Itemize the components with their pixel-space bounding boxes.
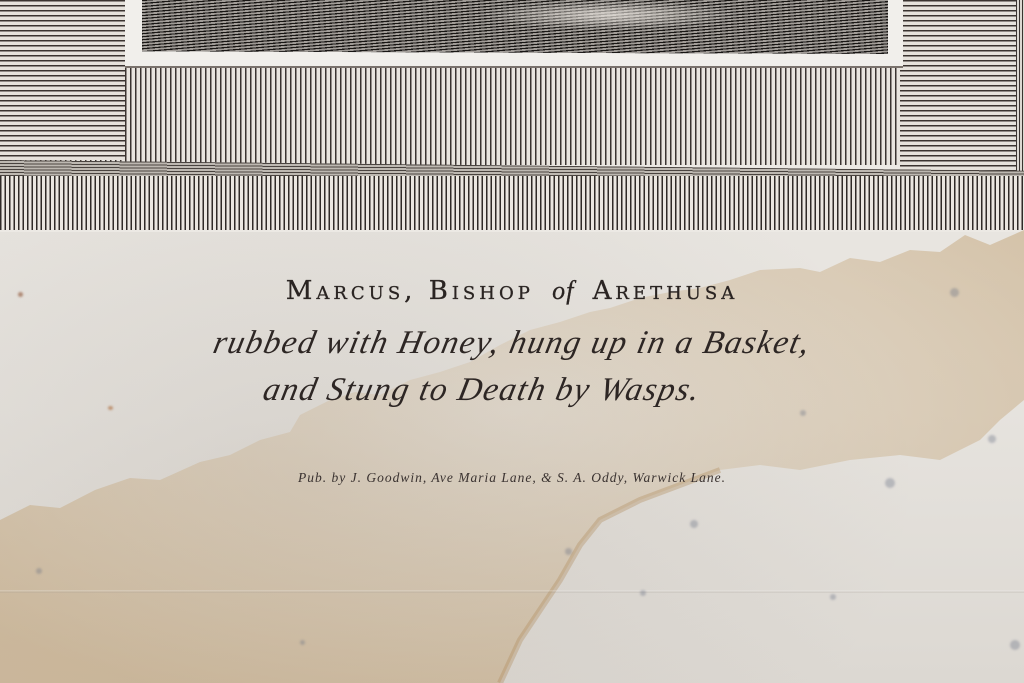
title-place: Arethusa <box>593 276 739 306</box>
foxing-spot <box>830 594 836 600</box>
title-name: Marcus, Bishop <box>286 276 534 306</box>
foxing-spot <box>885 478 895 488</box>
print-title: Marcus, Bishop of Arethusa <box>0 276 1024 306</box>
caption-line-1: rubbed with Honey, hung up in a Basket, <box>0 325 1024 362</box>
foxing-spot <box>988 435 996 443</box>
foxing-spot <box>36 568 42 574</box>
foxing-spot <box>108 406 113 410</box>
foxing-spot <box>640 590 646 596</box>
paper-fold <box>0 590 1024 593</box>
frame-right-edge <box>1016 0 1024 180</box>
frame-vertical-hatching <box>0 55 1024 165</box>
frame-left-corner-pattern <box>0 0 125 160</box>
foxing-spot <box>565 548 572 555</box>
foxing-spot <box>800 410 806 416</box>
frame-lower-hatching <box>0 176 1024 230</box>
engraving-highlight <box>480 0 740 30</box>
frame-right-corner-pattern <box>900 0 1016 175</box>
foxing-spot <box>950 288 959 297</box>
publisher-imprint: Pub. by J. Goodwin, Ave Maria Lane, & S.… <box>0 470 1024 486</box>
title-of: of <box>552 276 574 305</box>
engraved-frame <box>0 0 1024 232</box>
caption-line-2: and Stung to Death by Wasps. <box>0 372 998 409</box>
foxing-spot <box>1010 640 1020 650</box>
foxing-spot <box>690 520 698 528</box>
foxing-spot <box>300 640 305 645</box>
foxing-spot <box>18 292 23 297</box>
